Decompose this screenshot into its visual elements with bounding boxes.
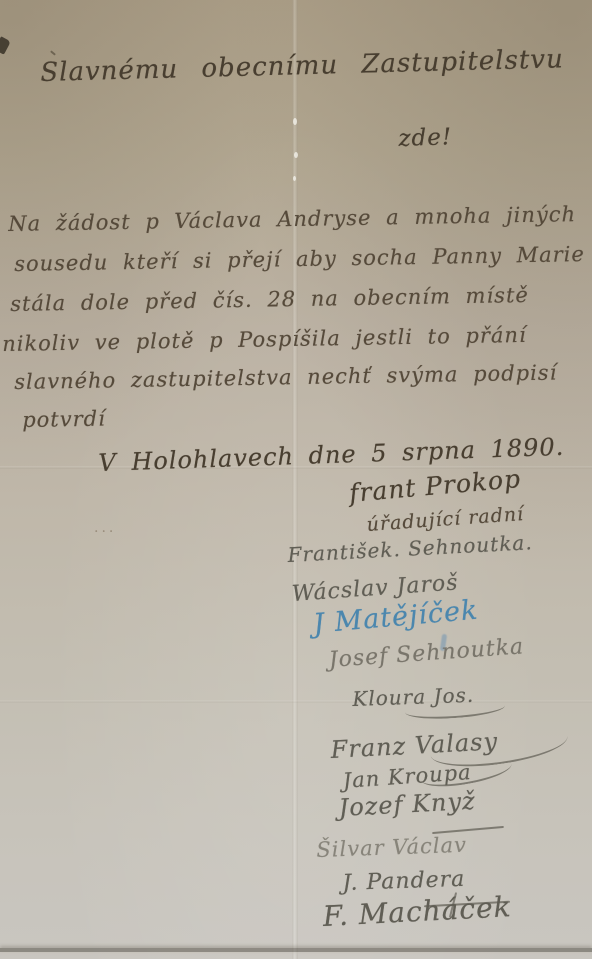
signature-j-pandera: J. Pandera — [342, 867, 466, 896]
location-note: zde! — [398, 124, 453, 152]
signature-f-machacek: F. Macháček — [322, 890, 512, 933]
vertical-fold-crease — [292, 0, 298, 959]
crease-highlight-dot — [294, 152, 298, 158]
signature-josef-sehnoutka: Josef Sehnoutka — [328, 634, 525, 673]
faint-dots-stain: ... — [94, 520, 118, 524]
horizontal-fold-crease-bottom — [0, 948, 592, 952]
body-line: Na žádost p Václava Andryse a mnoha jiný… — [8, 202, 576, 236]
paper-speck — [50, 50, 56, 55]
crease-highlight-dot — [293, 118, 297, 125]
crease-highlight-dot — [293, 176, 296, 181]
body-line: potvrdí — [22, 407, 106, 432]
body-line: sousedu kteří si přejí aby socha Panny M… — [14, 242, 585, 276]
body-line: stála dole před čís. 28 na obecním místě — [10, 283, 529, 316]
paper-edge-speck — [0, 36, 11, 54]
signature-frant-prokop: frant Prokop — [348, 464, 522, 508]
scanned-letter-photo: ... Slavnému obecnímu Zastupitelstvu zde… — [0, 0, 592, 959]
signature-jozef-knyz: Jozef Knyž — [338, 787, 476, 822]
signature-silvar-vaclav: Šilvar Václav — [316, 833, 467, 862]
body-line: nikoliv ve plotě p Pospíšila jestli to p… — [2, 323, 527, 356]
salutation-line: Slavnému obecnímu Zastupitelstvu — [40, 44, 564, 88]
signature-frantisek-sehnoutka: František. Sehnoutka. — [287, 530, 533, 567]
body-line: slavného zastupitelstva nechť svýma podp… — [14, 361, 558, 394]
